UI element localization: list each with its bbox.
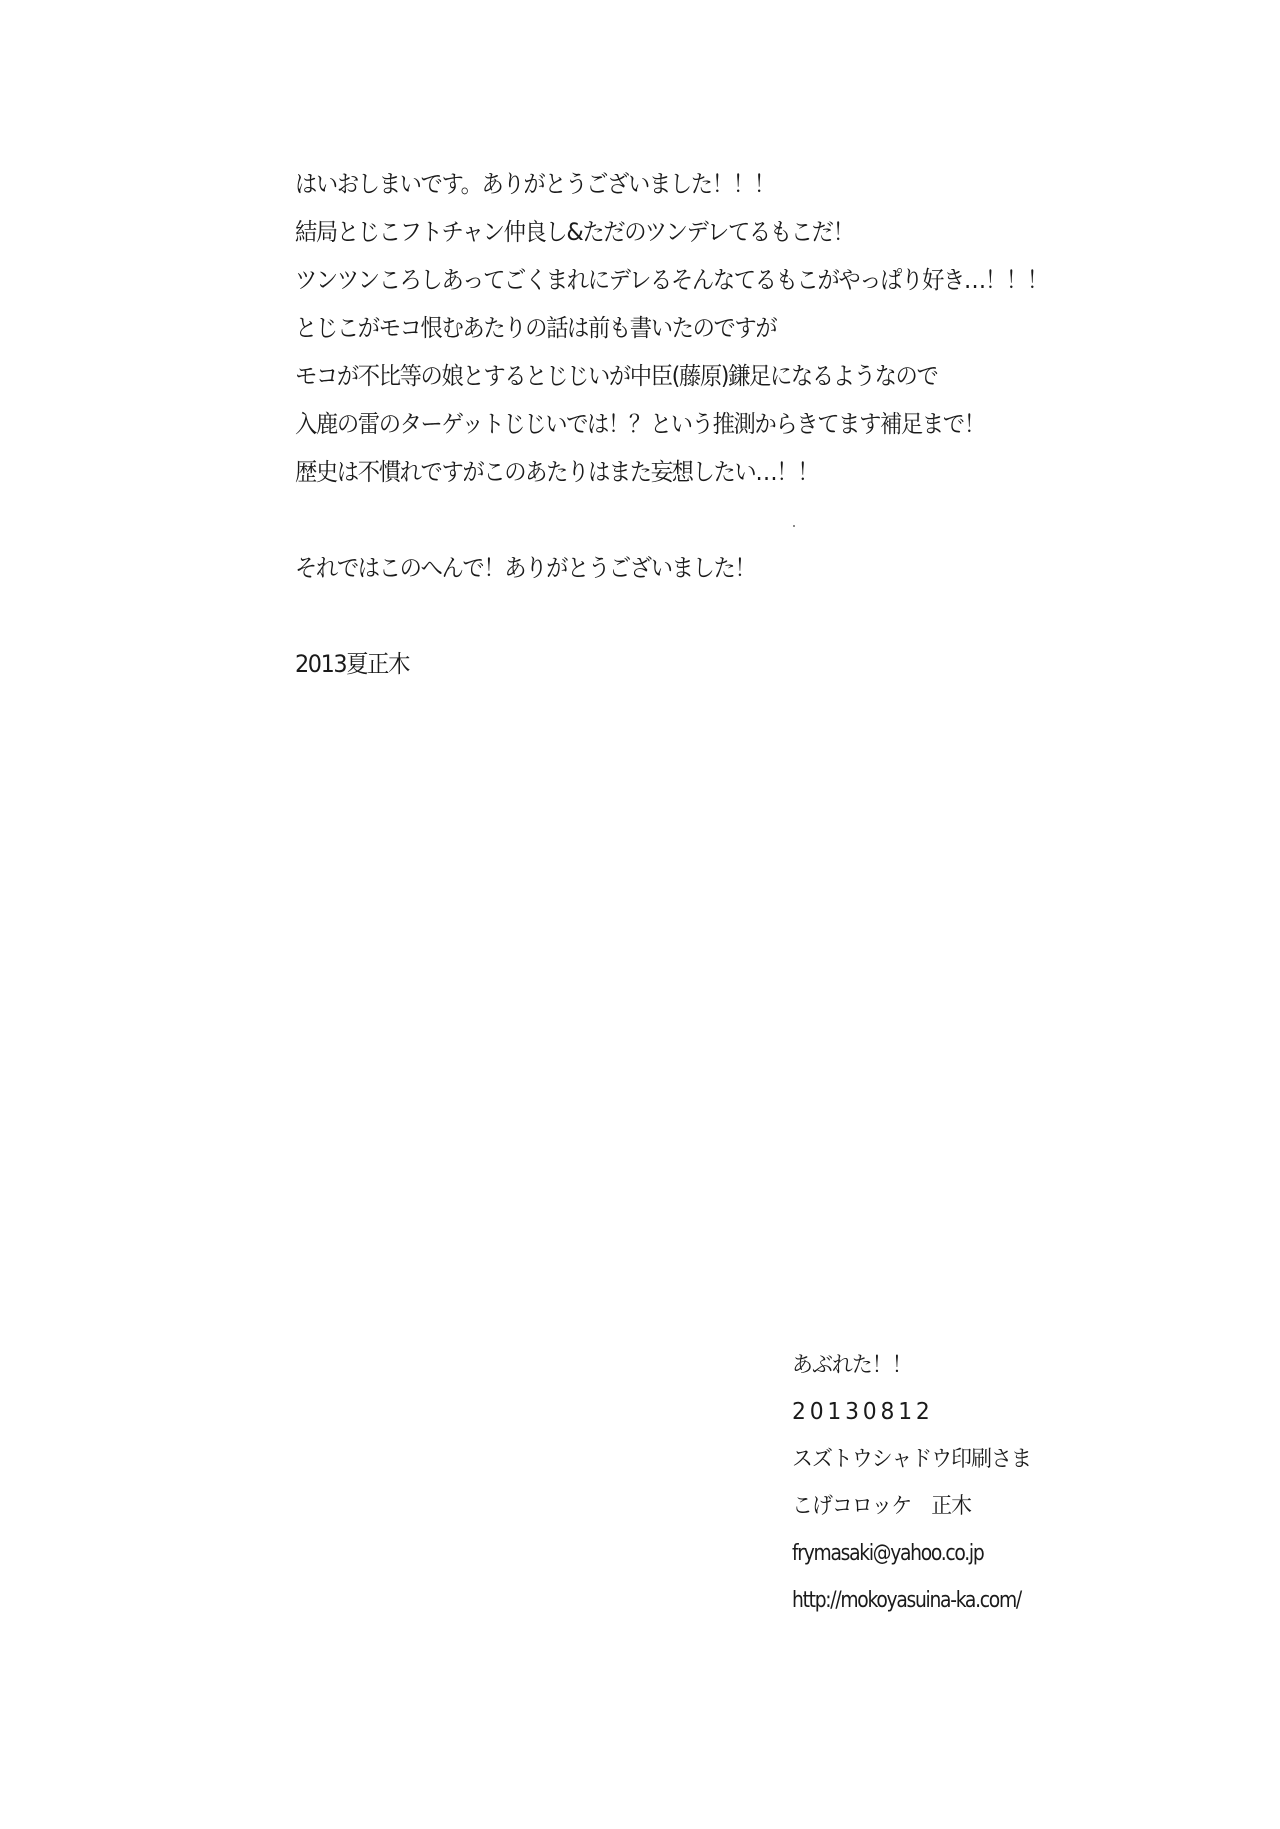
colophon-author: こげコロッケ 正木 — [792, 1483, 1048, 1530]
afterword-line: 歴史は不慣れですがこのあたりはまた妄想したい…！！ — [295, 448, 1188, 496]
spacer — [295, 592, 1255, 640]
afterword-line: モコが不比等の娘とするとじじいが中臣(藤原)鎌足になるようなので — [295, 352, 1188, 400]
closing-line: それではこのへんで！ありがとうございました！ — [295, 544, 1188, 592]
colophon-title: あぶれた！！ — [792, 1342, 1048, 1389]
afterword-line: 入鹿の雷のターゲットじじいでは！？という推測からきてます補足まで！ — [295, 400, 1188, 448]
colophon-url: http://mokoyasuina-ka.com/ — [792, 1577, 1021, 1624]
colophon-email: frymasaki@yahoo.co.jp — [792, 1530, 1021, 1577]
colophon-printer: スズトウシャドウ印刷さま — [792, 1436, 1048, 1483]
scan-speck — [793, 525, 795, 527]
afterword-line: ツンツンころしあってごくまれにデレるそんなてるもこがやっぱり好き…！！！ — [295, 256, 1188, 304]
afterword-line: とじこがモコ恨むあたりの話は前も書いたのですが — [295, 304, 1188, 352]
signature: 2013夏正木 — [295, 640, 1188, 688]
colophon: あぶれた！！ 20130812 スズトウシャドウ印刷さま こげコロッケ 正木 f… — [792, 1342, 1061, 1624]
afterword-text: はいおしまいです。ありがとうございました！！！ 結局とじこフトチャン仲良し&ただ… — [295, 160, 1255, 688]
spacer — [295, 496, 1255, 544]
afterword-line: 結局とじこフトチャン仲良し&ただのツンデレてるもこだ！ — [295, 208, 1188, 256]
afterword-page: はいおしまいです。ありがとうございました！！！ 結局とじこフトチャン仲良し&ただ… — [0, 0, 1280, 1829]
colophon-date: 20130812 — [792, 1389, 1048, 1436]
afterword-line: はいおしまいです。ありがとうございました！！！ — [295, 160, 1188, 208]
